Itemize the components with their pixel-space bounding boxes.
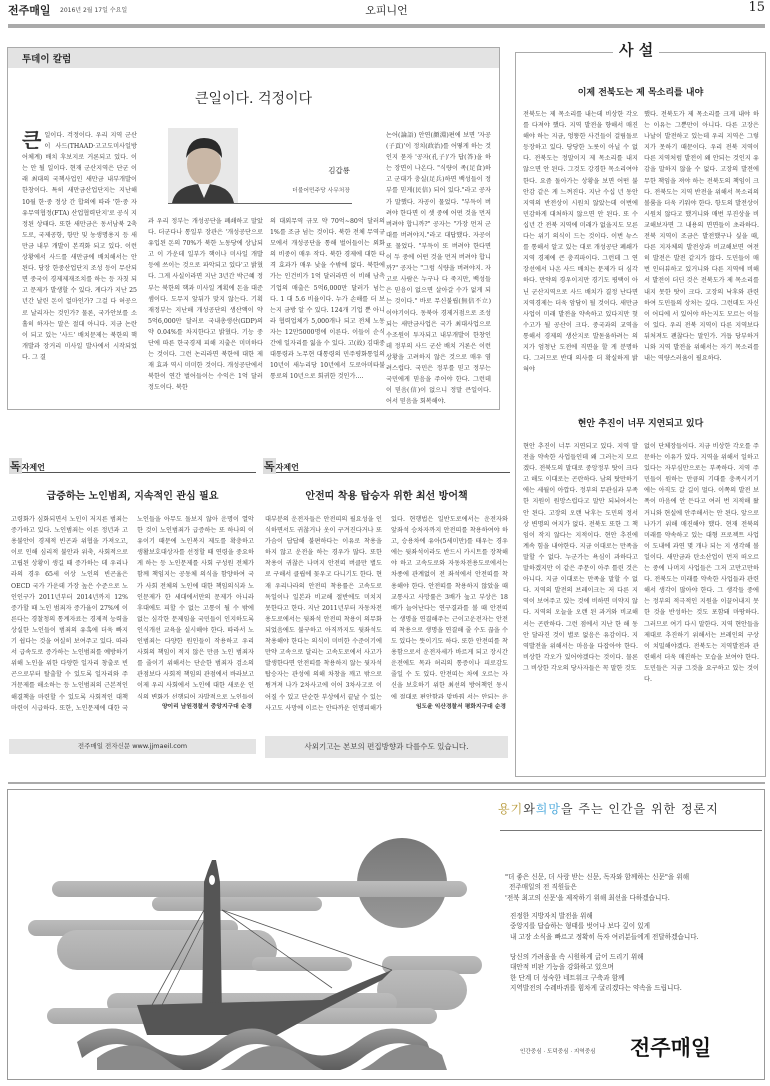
editorial-2-col1: 현안 추진이 너무 지연되고 있다. 지역 발전을 약속한 사업들인데 왜 그러… (523, 441, 638, 769)
column-text-col2: 과 우리 정부는 개성공단을 폐쇄하고 말았다. 더군다나 통일부 장관은 '개… (148, 216, 263, 406)
ad-slogan: 용기와희망을 주는 인간을 위한 정론지 (498, 800, 719, 817)
reader-right-col1: 대부분의 운전자들은 안전띠의 필요성을 인식하면서도 귀찮거나 옷이 구겨진다… (265, 514, 382, 712)
reader-contribution-left: 독자제언 급증하는 노인범죄, 지속적인 관심 필요 고령화가 심화되면서 노인… (9, 458, 256, 758)
today-column: 투데이 칼럼 큰일이다. 걱정이다 김갑룡 더불어민주당 사무처장 큰일이다. … (7, 47, 500, 410)
disclaimer-bar: 사외기고는 본보의 편집방향과 다를수도 있습니다. (265, 736, 508, 758)
reader-title: 안전띠 착용 탑승자 위한 최선 방어책 (263, 487, 510, 502)
dropcap: 큰 (22, 130, 41, 150)
editorial-1-col1: 전북도는 제 목소리를 내는데 비상한 각오를 다져야 했다. 지역 발전을 향… (523, 109, 638, 385)
author-name: 김갑룡 (278, 165, 350, 176)
ad-rule (500, 830, 762, 831)
ship-illustration-icon (22, 820, 482, 1070)
column-text-col3: 의 대외무역 규모 약 70억~80억 달러의 1%를 조금 넘는 것이다. 북… (270, 216, 385, 406)
reader-tag: 독자제언 (263, 458, 510, 473)
column-text-col4: 논어(論語) 안연(顔淵)편에 보면 '자공(子貢)'이 정치(政治)를 어떻게… (386, 130, 491, 405)
editorial-box: 사 설 이제 전북도는 제 목소리를 내야 전북도는 제 목소리를 내는데 비상… (515, 52, 766, 777)
reader-left-col2: 노인들을 아무도 돌보지 않아 운명이 열악한 것이 노인범죄가 급증하는 또 … (137, 514, 254, 699)
editorial-2-col2: 없이 단체장들이다. 지금 비상한 각오를 주문하는 이유가 있다. 지역을 위… (644, 441, 759, 769)
ad-paragraph-2: 진정한 지방자치 발전을 위해 중앙지를 답습하는 형태를 벗어나 보다 깊이 … (510, 911, 699, 942)
reader-right-byline: 임도윤 익산경찰서 평화지구대 순경 (416, 701, 506, 710)
author-role: 더불어민주당 사무처장 (238, 185, 350, 194)
editorial-title-2: 현안 추진이 너무 지연되고 있다 (516, 416, 765, 429)
ad-brand-logo: 전주매일 (630, 1032, 711, 1062)
column-header: 투데이 칼럼 (8, 48, 499, 68)
column-title: 큰일이다. 걱정이다 (8, 88, 499, 108)
page-number: 15 (748, 0, 765, 15)
reader-left-byline: 양이리 남원경찰서 중앙지구대 순경 (162, 701, 252, 710)
reader-left-col1: 고령화가 심화되면서 노인이 저지른 범죄는 증가하고 있다. 노인범죄는 이른… (11, 514, 128, 712)
e-paper-link[interactable]: 전주매일 전자신문 www.jjmaeil.com (9, 739, 256, 754)
editorial-title-1: 이제 전북도는 제 목소리를 내야 (516, 85, 765, 98)
masthead: 전주매일 2016년 2월 17일 수요일 오피니언 15 (8, 0, 765, 22)
section-title: 오피니언 (8, 2, 765, 18)
section-divider (8, 782, 765, 784)
reader-title: 급증하는 노인범죄, 지속적인 관심 필요 (9, 487, 256, 502)
editorial-1-col2: 했다. 전북도가 제 목소리를 크게 내야 하는 이유는 그뿐만이 아니다. 다… (644, 109, 759, 385)
top-rule (8, 24, 765, 28)
photo-rule (168, 203, 352, 204)
reader-contribution-right: 독자제언 안전띠 착용 탑승자 위한 최선 방어책 대부분의 운전자들은 안전띠… (263, 458, 510, 758)
editorial-label: 사 설 (613, 39, 659, 60)
ad-paragraph-1: "더 좋은 신문, 더 사랑 받는 신문, 독자와 함께하는 신문"을 위해 전… (505, 872, 689, 903)
author-photo (168, 128, 238, 203)
ad-motto: 인간중심 · 도덕중심 · 지역중심 (520, 1047, 596, 1055)
column-text-col1: 큰일이다. 걱정이다. 우리 지역 군산이 사드(THAAD·고고도미사일방어체… (22, 130, 137, 405)
ad-paragraph-3: 당신의 가려움을 속 시원하게 긁어 드리기 위해 대안적 비판 기능을 강화하… (510, 952, 682, 993)
reader-tag: 독자제언 (9, 458, 256, 473)
reader-right-col2: 있다. 현행법은 일반도로에서는 운전자와 앞좌석 승차자까지 안전띠를 착용하… (391, 514, 508, 699)
portrait-icon (168, 128, 238, 203)
house-advertisement: 용기와희망을 주는 인간을 위한 정론지 "더 좋은 신문, 더 사랑 받는 신… (7, 789, 765, 1080)
